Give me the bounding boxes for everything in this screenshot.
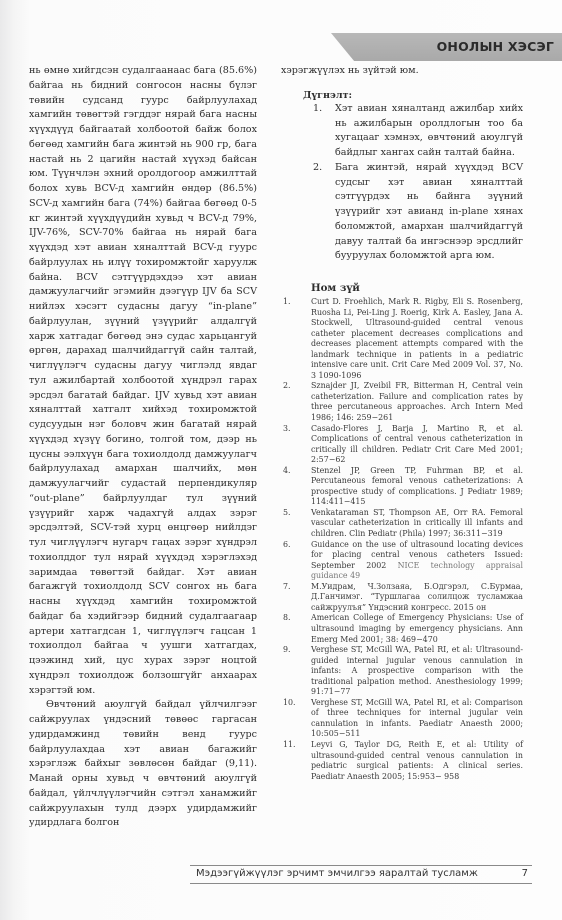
reference-text: Curt D. Froehlich, Mark R. Rigby, Eli S.… (311, 297, 523, 380)
reference-item: 7.М.Уидрам, Ч.Золзаяа, Б.Одгэрэл, С.Бурм… (281, 582, 523, 614)
conclusion-item: 2. Бага жинтэй, нярай хүүхдэд BCV судсыг… (281, 161, 523, 264)
reference-number: 6. (283, 540, 291, 551)
reference-text: Verghese ST, McGill WA, Patel RI, et al:… (311, 645, 523, 696)
conclusion-number: 2. (313, 161, 322, 176)
conclusion-text: Хэт авиан хяналтанд ажилбар хийх нь ажил… (335, 103, 523, 158)
reference-text: Leyvi G, Taylor DG, Reith E, et al: Util… (311, 740, 523, 781)
reference-number: 9. (283, 645, 291, 656)
reference-number: 2. (283, 381, 291, 392)
reference-item: 5.Venkataraman ST, Thompson AE, Orr RA. … (281, 508, 523, 540)
page-number: 7 (522, 868, 528, 879)
journal-title: Мэдээгүйжүүлэг эрчимт эмчилгээ яаралтай … (196, 868, 478, 879)
reference-item: 2.Sznajder JI, Zveibil FR, Bitterman H, … (281, 381, 523, 423)
reference-item: 11.Leyvi G, Taylor DG, Reith E, et al: U… (281, 740, 523, 782)
reference-text: Casado-Flores J, Barja J, Martino R, et … (311, 424, 523, 465)
conclusion-text: Бага жинтэй, нярай хүүхдэд BCV судсыг хэ… (335, 162, 523, 262)
conclusion-item: 1. Хэт авиан хяналтанд ажилбар хийх нь а… (281, 102, 523, 161)
references-list: 1.Curt D. Froehlich, Mark R. Rigby, Eli … (281, 297, 523, 782)
reference-number: 7. (283, 582, 291, 593)
reference-item: 4.Stenzel JP, Green TP, Fuhrman BP, et a… (281, 466, 523, 508)
reference-text: Stenzel JP, Green TP, Fuhrman BP, et al.… (311, 466, 523, 507)
reference-number: 5. (283, 508, 291, 519)
references-heading: Ном зүй (311, 282, 523, 294)
reference-item: 6.Guidance on the use of ultrasound loca… (281, 540, 523, 582)
reference-item: 9.Verghese ST, McGill WA, Patel RI, et a… (281, 645, 523, 698)
reference-text: Verghese ST, McGill WA, Patel RI, et al:… (311, 698, 523, 739)
conclusions-heading: Дүгнэлт: (303, 90, 523, 101)
reference-item: 10.Verghese ST, McGill WA, Patel RI, et … (281, 698, 523, 740)
left-column: нь өмнө хийгдсэн судалгаанаас бага (85.6… (29, 64, 257, 831)
reference-number: 3. (283, 424, 291, 435)
reference-number: 1. (283, 297, 291, 308)
reference-number: 10. (283, 698, 296, 709)
reference-text: American College of Emergency Physicians… (311, 613, 523, 643)
body-paragraph-continued: хэрэгжүүлэх нь зүйтэй юм. (281, 64, 523, 79)
reference-text: Venkataraman ST, Thompson AE, Orr RA. Fe… (311, 508, 523, 538)
reference-item: 3.Casado-Flores J, Barja J, Martino R, e… (281, 424, 523, 466)
section-title: ОНОЛЫН ХЭСЭГ (437, 39, 554, 54)
reference-number: 4. (283, 466, 291, 477)
body-paragraph: нь өмнө хийгдсэн судалгаанаас бага (85.6… (29, 64, 257, 698)
reference-text: М.Уидрам, Ч.Золзаяа, Б.Одгэрэл, С.Бурмаа… (311, 582, 523, 612)
body-paragraph: Өвчтөний аюулгүй байдал үйлчилгээг сайжр… (29, 698, 257, 831)
section-header-band: ОНОЛЫН ХЭСЭГ (331, 33, 562, 61)
reference-item: 1.Curt D. Froehlich, Mark R. Rigby, Eli … (281, 297, 523, 381)
right-column: хэрэгжүүлэх нь зүйтэй юм. Дүгнэлт: 1. Хэ… (281, 64, 523, 782)
conclusion-number: 1. (313, 102, 322, 117)
reference-number: 8. (283, 613, 291, 624)
reference-text: Sznajder JI, Zveibil FR, Bitterman H, Ce… (311, 381, 523, 422)
reference-item: 8.American College of Emergency Physicia… (281, 613, 523, 645)
page-footer: Мэдээгүйжүүлэг эрчимт эмчилгээ яаралтай … (190, 865, 532, 884)
reference-number: 11. (283, 740, 296, 751)
conclusions-list: 1. Хэт авиан хяналтанд ажилбар хийх нь а… (281, 102, 523, 264)
